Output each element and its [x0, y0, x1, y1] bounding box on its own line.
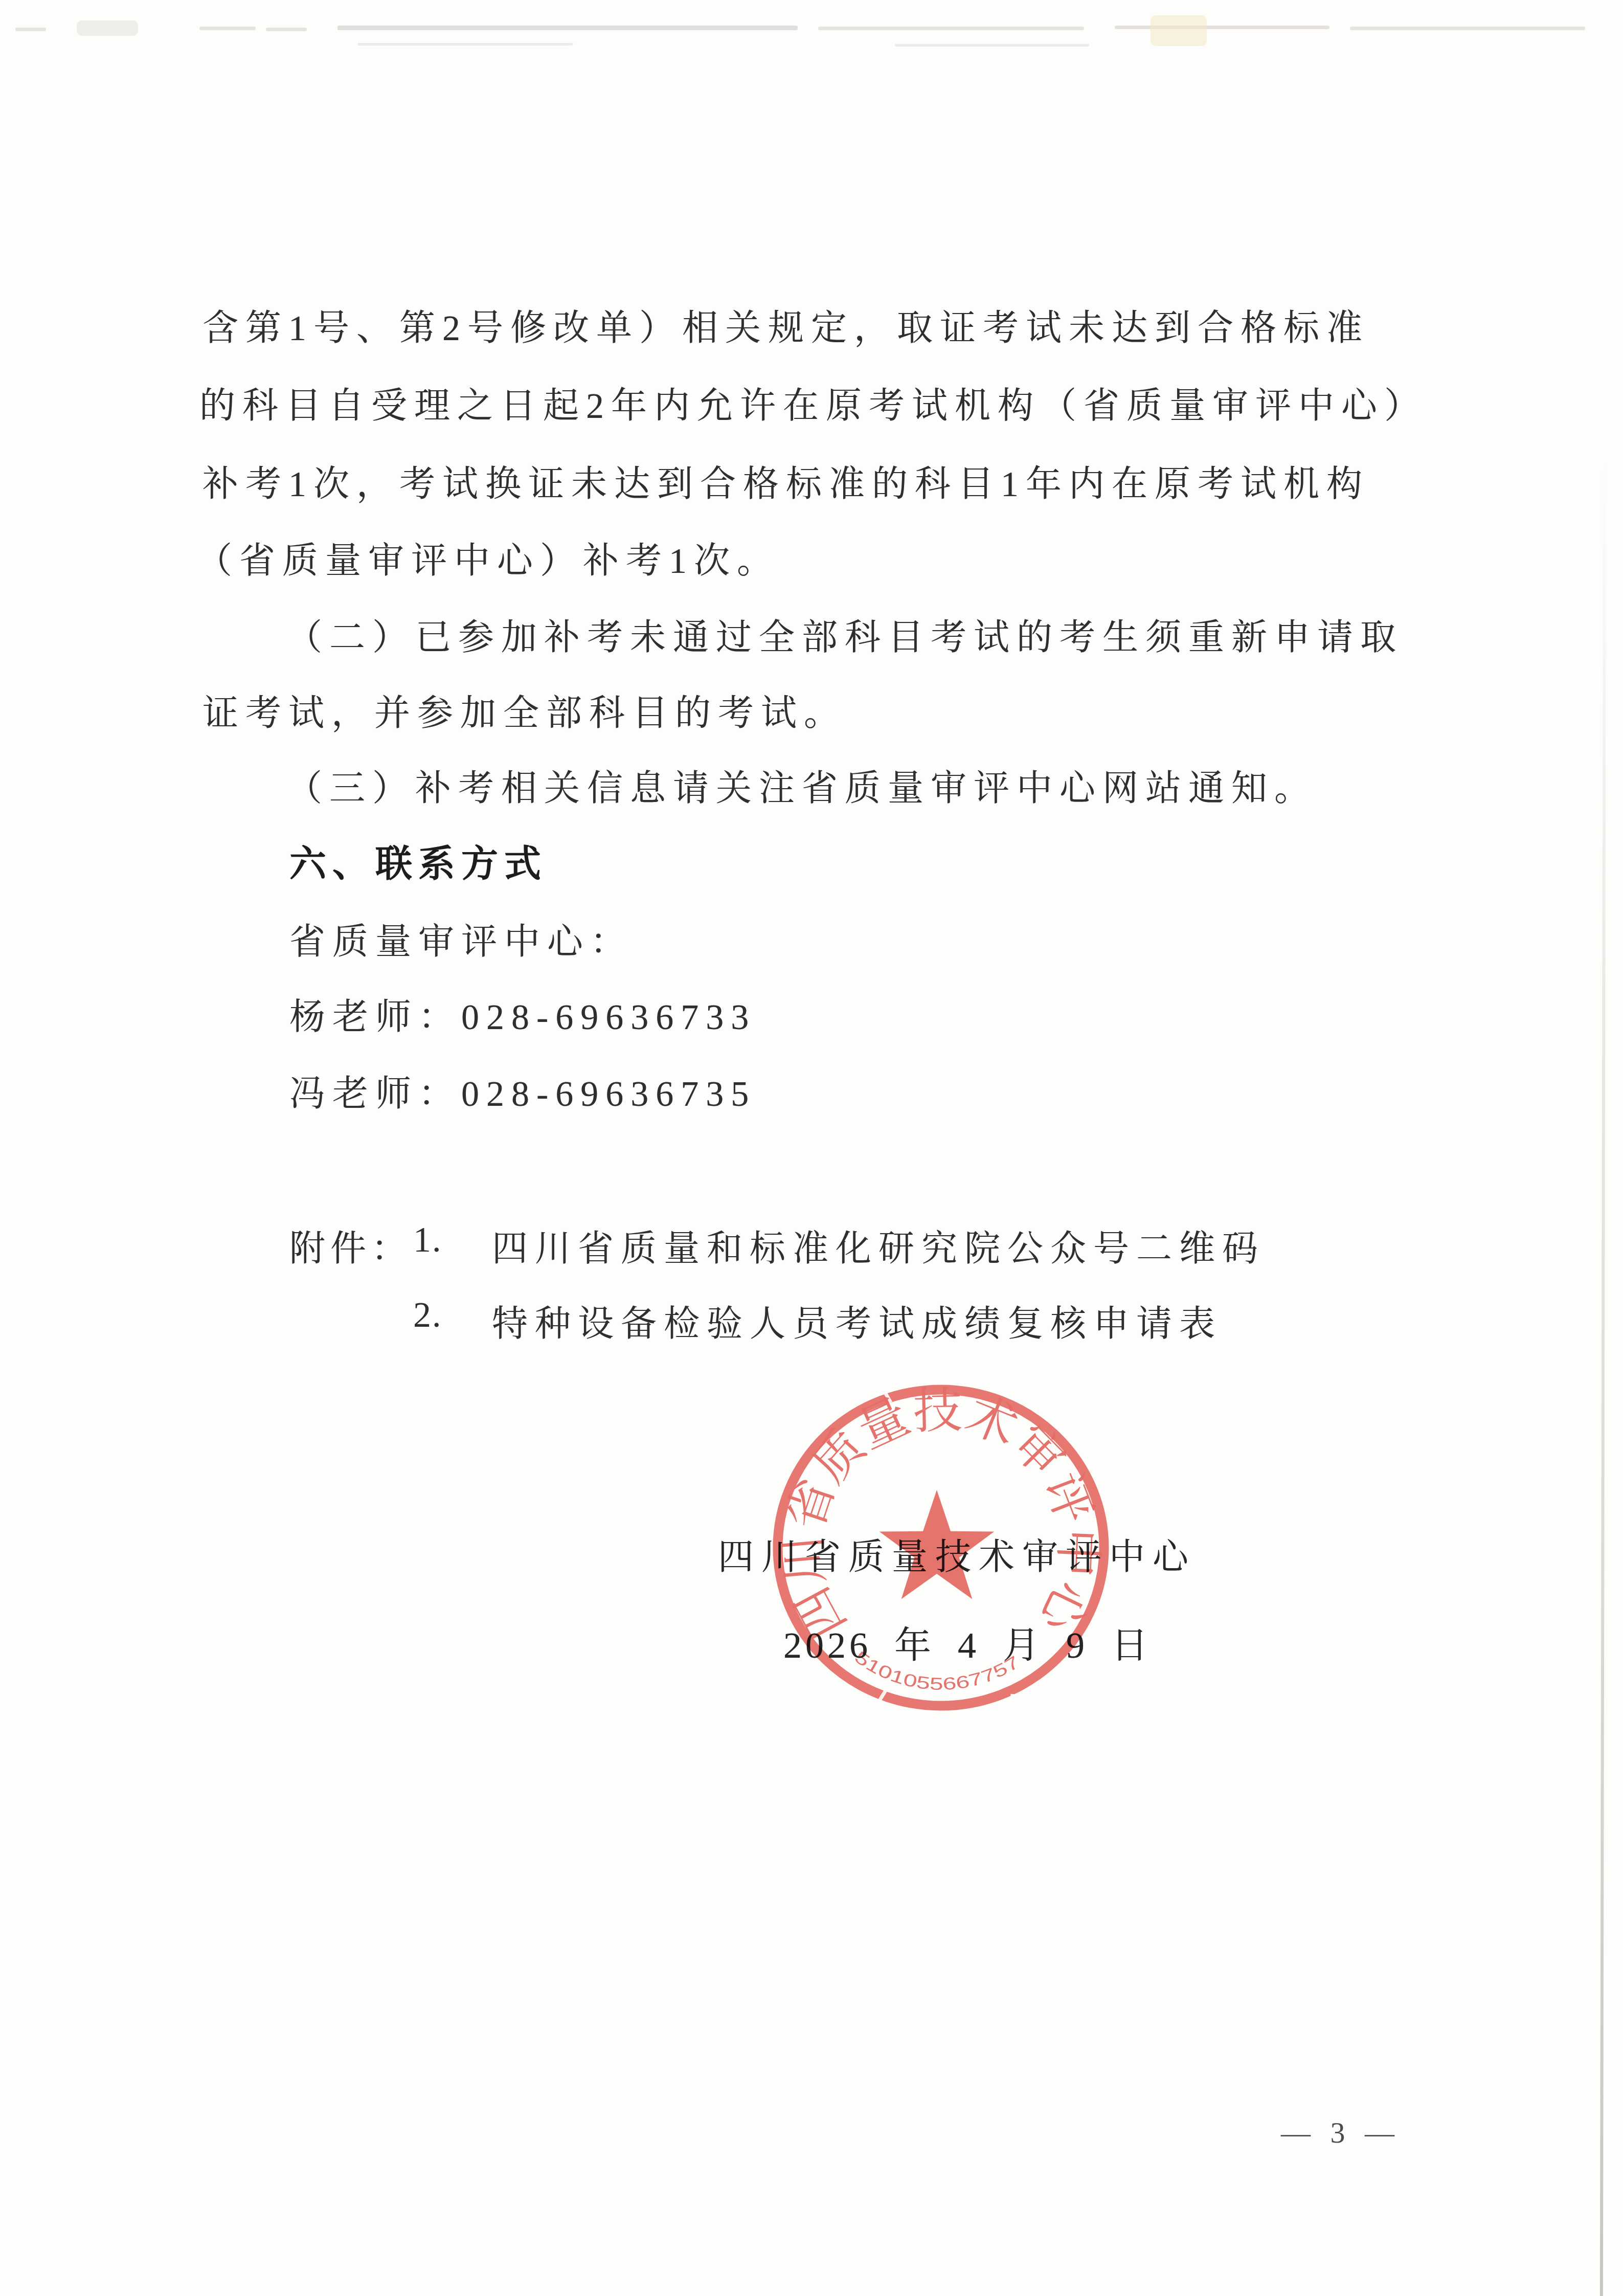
page-number: — 3 — [1281, 2115, 1401, 2150]
body-line: 补考1次，考试换证未达到合格标准的科目1年内在原考试机构 [202, 455, 1369, 507]
attachment-label: 附件： [289, 1220, 412, 1272]
body-line: 含第1号、第2号修改单）相关规定，取证考试未达到合格标准 [202, 299, 1369, 351]
svg-text:5101055667757: 5101055667757 [851, 1647, 1023, 1694]
contact-intro: 省质量审评中心： [289, 913, 633, 965]
seal-star [880, 1490, 994, 1599]
seal-serial-number: 5101055667757 [851, 1647, 1023, 1694]
contact-phone-2: 冯老师：028-69636735 [289, 1065, 756, 1117]
body-line: （二）已参加补考未通过全部科目考试的考生须重新申请取 [286, 609, 1403, 660]
section-heading: 六、联系方式 [289, 834, 547, 887]
body-line: （三）补考相关信息请关注省质量审评中心网站通知。 [286, 760, 1317, 811]
seal-graphic: 四川省质量技术审评中心 5101055667757 [772, 1384, 1120, 1722]
contact-phone-1: 杨老师：028-69636733 [289, 988, 756, 1040]
attachment-text: 特种设备检验人员考试成绩复核申请表 [492, 1295, 1222, 1347]
body-line: 的科目自受理之日起2年内允许在原考试机构（省质量审评中心） [199, 377, 1427, 429]
attachment-number: 1. [413, 1220, 442, 1261]
scan-edge-line [1600, 460, 1606, 2296]
body-line: （省质量审评中心）补考1次。 [196, 532, 780, 584]
attachment-text: 四川省质量和标准化研究院公众号二维码 [492, 1220, 1265, 1272]
official-seal: 四川省质量技术审评中心 5101055667757 [772, 1384, 1120, 1722]
body-line: 证考试，并参加全部科目的考试。 [202, 684, 847, 736]
attachment-number: 2. [413, 1295, 442, 1336]
document-page: 含第1号、第2号修改单）相关规定，取证考试未达到合格标准 的科目自受理之日起2年… [0, 0, 1623, 2296]
